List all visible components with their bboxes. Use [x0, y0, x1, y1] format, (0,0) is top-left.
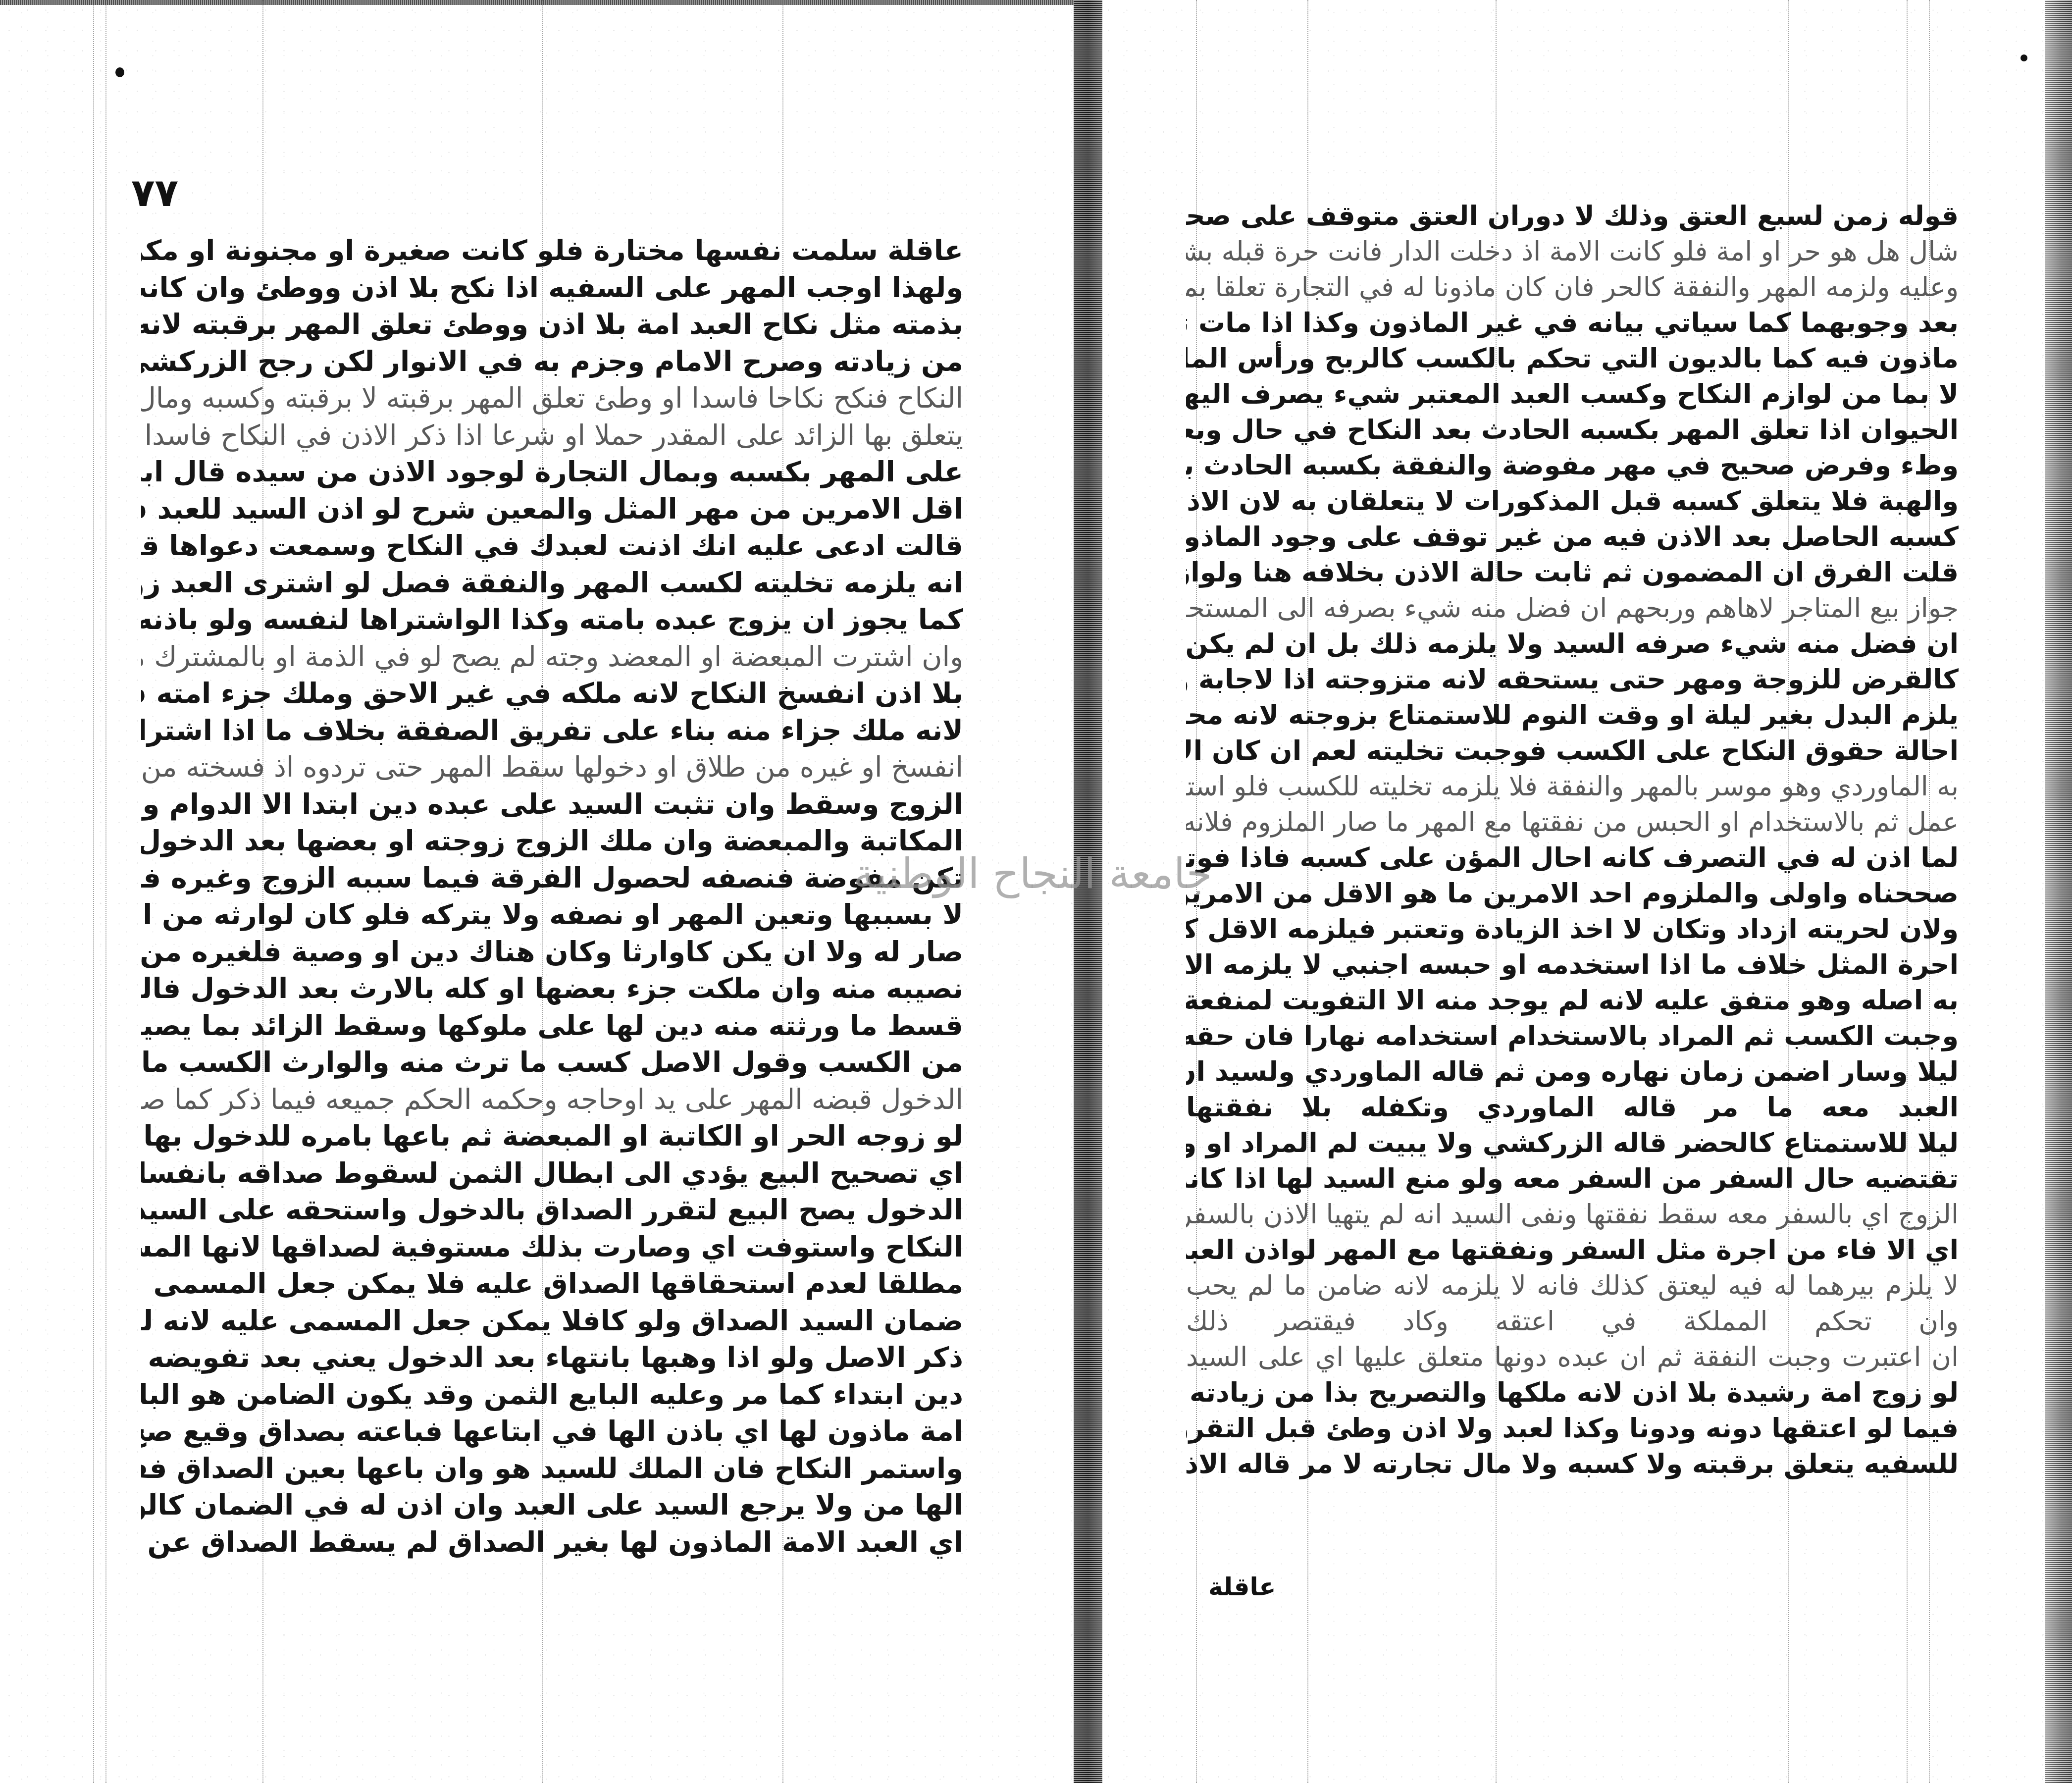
right-page-text: قوله زمن لسبع العتق وذلك لا دوران العتق …: [1186, 198, 1959, 1585]
text-line: وجبت الكسب ثم المراد بالاستخدام استخدامه…: [1186, 1018, 1959, 1054]
text-line: من الكسب وقول الاصل كسب ما ترث منه والوا…: [141, 1045, 963, 1082]
text-line: احالة حقوق النكاح على الكسب فوجبت تخليته…: [1186, 733, 1959, 769]
text-line: به الماوردي وهو موسر بالمهر والنفقة فلا …: [1186, 769, 1959, 804]
text-line: صححناه واولى والملزوم احد الامرين ما هو …: [1186, 876, 1959, 911]
text-line: النكاح فنكح نكاحا فاسدا او وطئ تعلق المه…: [141, 380, 963, 418]
text-line: الدخول يصح البيع لتقرر الصداق بالدخول وا…: [141, 1192, 963, 1229]
text-line: اي العبد الامة الماذون لها بغير الصداق ل…: [141, 1524, 963, 1562]
text-line: لما اذن له في التصرف كانه احال المؤن على…: [1186, 840, 1959, 876]
text-line: بعد وجوبهما كما سياتي بيانه في غير الماذ…: [1186, 305, 1959, 341]
text-line: ذكر الاصل ولو اذا وهبها بانتهاء بعد الدخ…: [141, 1340, 963, 1377]
text-line: مطلقا لعدم استحقاقها الصداق عليه فلا يمك…: [141, 1266, 963, 1303]
text-line: وان اشترت المبعضة او المعضد وجته لم يصح …: [141, 639, 963, 676]
text-line: لا يلزم بيرهما له فيه ليعتق كذلك فانه لا…: [1186, 1268, 1959, 1304]
text-line: لو زوج امة رشيدة بلا اذن لانه ملكها والت…: [1186, 1375, 1959, 1411]
text-line: اي الا فاء من اجرة مثل السفر ونفقتها مع …: [1186, 1232, 1959, 1268]
manuscript-spread: ٧٧ عاقلة سلمت نفسها مختارة فلو كانت صغير…: [0, 0, 2072, 1783]
text-line: النكاح واستوفت اي وصارت بذلك مستوفية لصد…: [141, 1229, 963, 1266]
text-line: احرة المثل خلاف ما اذا استخدمه او حبسه ا…: [1186, 947, 1959, 983]
text-line: كالقرض للزوجة ومهر حتى يستحقه لانه متزوج…: [1186, 662, 1959, 697]
text-line: وعليه ولزمه المهر والنفقة كالحر فان كان …: [1186, 269, 1959, 305]
text-line: لو زوجه الحر او الكاتبة او المبعضة ثم با…: [141, 1118, 963, 1155]
text-line: كما يجوز ان يزوج عبده بامته وكذا الواشتر…: [141, 602, 963, 639]
text-line: عمل ثم بالاستخدام او الحبس من نفقتها مع …: [1186, 804, 1959, 840]
text-line: قسط ما ورثته منه دين لها على ملوكها وسقط…: [141, 1008, 963, 1045]
text-line: يتعلق بها الزائد على المقدر حملا او شرعا…: [141, 418, 963, 455]
text-line: صار له ولا ان يكن كاوارثا وكان هناك دين …: [141, 934, 963, 971]
text-line: جواز بيع المتاجر لاهاهم وربحهم ان فضل من…: [1186, 590, 1959, 626]
text-line: بلا اذن انفسخ النكاح لانه ملكه في غير ال…: [141, 676, 963, 713]
text-line: انفسخ او غيره من طلاق او دخولها سقط المه…: [141, 749, 963, 787]
page-right-edge: [2045, 0, 2072, 1783]
ruling-line: [93, 0, 94, 1783]
ink-spot: [2020, 54, 2027, 61]
text-line: تكن مفوضة فنصفه لحصول الفرقة فيما سببه ا…: [141, 860, 963, 897]
text-line: ماذون فيه كما بالديون التي تحكم بالكسب ك…: [1186, 341, 1959, 376]
text-line: على المهر بكسبه وبمال التجارة لوجود الاذ…: [141, 454, 963, 491]
text-line: ولهذا اوجب المهر على السفيه اذا نكح بلا …: [141, 270, 963, 307]
folio-number: ٧٧: [131, 171, 178, 215]
text-line: نصيبه منه وان ملكت جزء بعضها او كله بالا…: [141, 971, 963, 1008]
text-line: انه يلزمه تخليته لكسب المهر والنفقة فصل …: [141, 565, 963, 602]
text-line: لانه ملك جزاء منه بناء على تفريق الصفقة …: [141, 713, 963, 750]
text-line: ليلا وسار اضمن زمان نهاره ومن ثم قاله ال…: [1186, 1054, 1959, 1090]
text-line: عاقلة سلمت نفسها مختارة فلو كانت صغيرة ا…: [141, 233, 963, 270]
text-line: قالت ادعى عليه انك اذنت لعبدك في النكاح …: [141, 528, 963, 565]
text-line: قوله زمن لسبع العتق وذلك لا دوران العتق …: [1186, 198, 1959, 234]
page-top-edge: [0, 0, 1080, 5]
text-line: بذمته مثل نكاح العبد امة بلا اذن ووطئ تع…: [141, 307, 963, 344]
book-gutter: [1074, 0, 1102, 1783]
text-line: شال هل هو حر او امة فلو كانت الامة اذ دخ…: [1186, 234, 1959, 269]
text-line: لا بما من لوازم النكاح وكسب العبد المعتب…: [1186, 376, 1959, 412]
text-line: الدخول قبضه المهر على يد اوحاجه وحكمه ال…: [141, 1082, 963, 1119]
text-line: تقتضيه حال السفر من السفر معه ولو منع ال…: [1186, 1161, 1959, 1197]
text-line: الزوج اي بالسفر معه سقط نفقتها ونفى السي…: [1186, 1197, 1959, 1232]
text-line: ليلا للاستمتاع كالحضر قاله الزركشي ولا ي…: [1186, 1125, 1959, 1161]
text-line: للسفيه يتعلق برقبته ولا كسبه ولا مال تجا…: [1186, 1446, 1959, 1482]
text-line: لا بسببها وتعين المهر او نصفه ولا يتركه …: [141, 897, 963, 934]
text-line: دين ابتداء كما مر وعليه البايع الثمن وقد…: [141, 1377, 963, 1414]
text-line: ان فضل منه شيء صرفه السيد ولا يلزمه ذلك …: [1186, 626, 1959, 662]
text-line: وان تحكم المملكة في اعتقه وكاد فيقتصر ذل…: [1186, 1304, 1959, 1339]
text-line: المكاتبة والمبعضة وان ملك الزوج زوجته او…: [141, 823, 963, 860]
ink-spot: [115, 67, 124, 77]
text-line: اي تصحيح البيع يؤدي الى ابطال الثمن لسقو…: [141, 1155, 963, 1193]
text-line: الحيوان اذا تعلق المهر بكسبه الحادث بعد …: [1186, 412, 1959, 448]
text-line: يلزم البدل بغير ليلة او وقت النوم للاستم…: [1186, 697, 1959, 733]
text-line: وطء وفرض صحيح في مهر مفوضة والنفقة بكسبه…: [1186, 448, 1959, 483]
text-line: والهبة فلا يتعلق كسبه قبل المذكورات لا ي…: [1186, 483, 1959, 519]
text-line: الها من ولا يرجع السيد على العبد وان اذن…: [141, 1487, 963, 1524]
text-line: واستمر النكاح فان الملك للسيد هو وان باع…: [141, 1451, 963, 1488]
text-line: ولان لحريته ازداد وتكان لا اخذ الزيادة و…: [1186, 911, 1959, 947]
text-line: فيما لو اعتقها دونه ودونا وكذا لعبد ولا …: [1186, 1411, 1959, 1446]
text-line: به اصله وهو متفق عليه لانه لم يوجد منه ا…: [1186, 983, 1959, 1018]
text-line: كسبه الحاصل بعد الاذن فيه من غير توقف عل…: [1186, 519, 1959, 555]
text-line: اقل الامرين من مهر المثل والمعين شرح لو …: [141, 491, 963, 528]
catchword: عاقلة: [1208, 1573, 1276, 1601]
text-line: قلت الفرق ان المضمون ثم ثابت حالة الاذن …: [1186, 555, 1959, 590]
text-line: ضمان السيد الصداق ولو كافلا يمكن جعل الم…: [141, 1303, 963, 1340]
text-line: الزوج وسقط وان تثبت السيد على عبده دين ا…: [141, 787, 963, 824]
text-line: ان اعتبرت وجبت النفقة ثم ان عبده دونها م…: [1186, 1339, 1959, 1375]
text-line: امة ماذون لها اي باذن الها في ابتاعها فب…: [141, 1414, 963, 1451]
left-page-text: عاقلة سلمت نفسها مختارة فلو كانت صغيرة ا…: [141, 233, 963, 1669]
ruling-line: [105, 0, 106, 1783]
text-line: من زيادته وصرح الامام وجزم به في الانوار…: [141, 344, 963, 381]
text-line: العبد معه ما مر قاله الماوردي وتكفله بلا…: [1186, 1090, 1959, 1125]
